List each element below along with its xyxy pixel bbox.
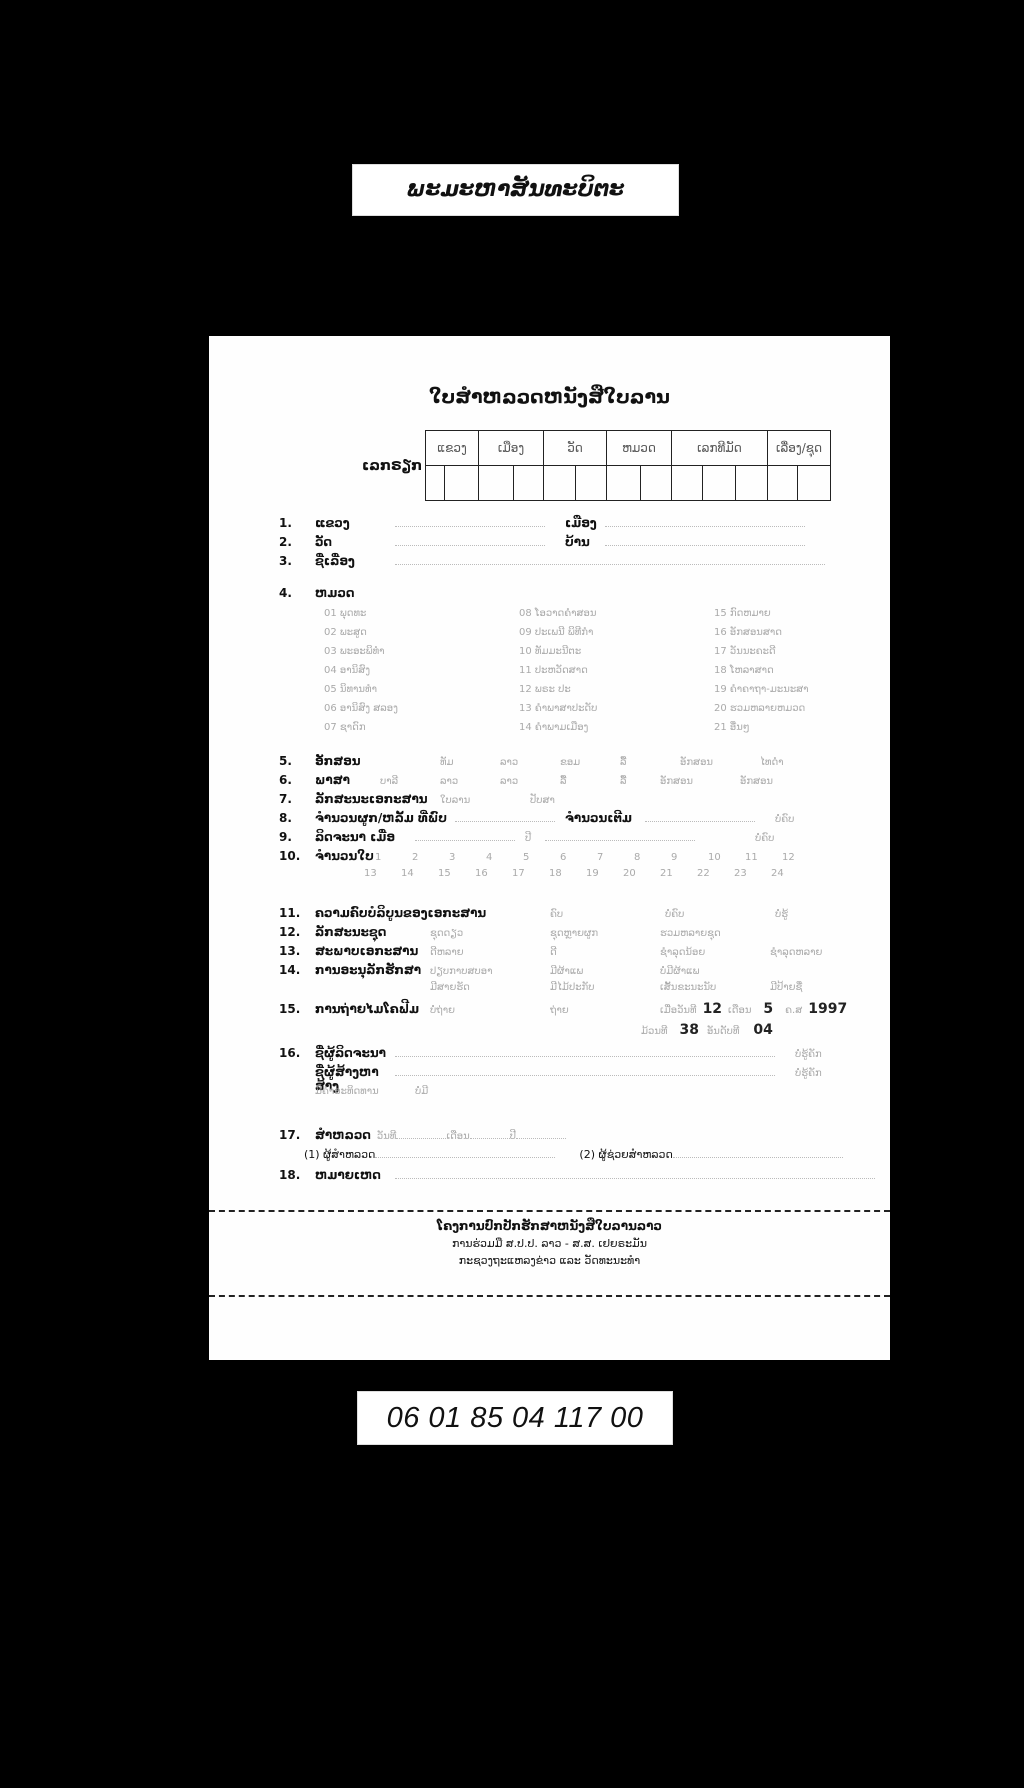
field-label: ການອະນຸລັກຮັກສາ <box>315 963 430 977</box>
written-date-input[interactable] <box>415 830 515 841</box>
field-num: 15. <box>279 1002 315 1016</box>
option[interactable]: ບໍ່ຄົບ <box>755 833 774 844</box>
reg-col-category: ຫມວດ <box>607 431 672 466</box>
field-num: 2. <box>279 535 315 549</box>
field-label: ບ້ານ <box>565 535 605 549</box>
field-remarks: 18. ຫມາຍເຫດ <box>279 1168 875 1182</box>
field-label: ຈຳນວນໃບ <box>315 849 375 863</box>
field-category: 4. ຫມວດ <box>279 586 354 600</box>
reg-cell[interactable] <box>641 466 672 501</box>
field-survey-date: 17. ສຳຫລວດ ວັນທີ ເດືອນ ປີ <box>279 1128 566 1142</box>
district-input[interactable] <box>605 516 805 527</box>
page-option[interactable]: 17 <box>512 868 549 879</box>
option[interactable]: ລາວ <box>500 757 560 768</box>
page-option[interactable]: 1 <box>375 852 412 863</box>
field-num: 6. <box>279 773 315 787</box>
page-option[interactable]: 22 <box>697 868 734 879</box>
page-option[interactable]: 12 <box>782 852 795 863</box>
reg-cell[interactable] <box>736 466 768 501</box>
field-title: 3. ຊື່ເລື່ອງ <box>279 554 825 568</box>
village-input[interactable] <box>605 535 805 546</box>
reg-cell[interactable] <box>607 466 641 501</box>
bundle-count-input[interactable] <box>455 811 555 822</box>
category-option[interactable]: 10 ທັມມະນີຕະ <box>519 646 581 657</box>
category-option[interactable]: 13 ຄຳພາສາປະດັບ <box>519 703 597 714</box>
category-option[interactable]: 15 ກົດຫມາຍ <box>714 608 771 619</box>
category-option[interactable]: 05 ນິທານທຳ <box>324 684 377 695</box>
option[interactable]: ໄທດຳ <box>760 757 784 768</box>
roll-value[interactable]: 38 <box>679 1022 698 1038</box>
frame-label: ອັນດັບທີ <box>707 1026 739 1037</box>
footer-line-2: ການຮ່ວມມື ສ.ປ.ປ. ລາວ - ສ.ສ. ເຢຍຣະມັນ <box>209 1237 890 1250</box>
field-label: ຈຳນວນເຕີມ <box>565 811 645 825</box>
page-option[interactable]: 4 <box>486 852 523 863</box>
written-year-input[interactable] <box>545 830 695 841</box>
option[interactable]: ມີຄຳອະທິດທານ <box>315 1086 415 1097</box>
option[interactable]: ທັມ <box>440 757 500 768</box>
reg-cell[interactable] <box>426 466 445 501</box>
reg-cell[interactable] <box>703 466 736 501</box>
field-preservation-row2: ມີສາຍຮັດ ມີໄມ້ປະກັບ ເສັ້ນຂະນະນັບ ມີປ້າຍຊ… <box>430 982 802 993</box>
option[interactable]: ຮວມຫລາຍຊຸດ <box>660 928 721 939</box>
divider <box>209 1210 890 1212</box>
reg-col-district: ເມືອງ <box>479 431 544 466</box>
page-option[interactable]: 7 <box>597 852 634 863</box>
page-option[interactable]: 23 <box>734 868 771 879</box>
field-num: 16. <box>279 1046 315 1060</box>
field-doc-type: 7. ລັກສະນະເອກະສານ ໃບລານ ປັບສາ <box>279 792 555 806</box>
field-num: 10. <box>279 849 315 863</box>
header-label: ພະມະຫາສັນທະບິຕະ <box>352 164 679 216</box>
option[interactable]: ດີ <box>550 947 660 958</box>
field-set-type: 12. ລັກສະນະຊຸດ ຊຸດດຽວ ຊຸດຫຼາຍຜູກ ຮວມຫລາຍ… <box>279 925 721 939</box>
field-label: ແຂວງ <box>315 516 395 530</box>
page-option[interactable]: 10 <box>708 852 745 863</box>
category-option[interactable]: 16 ອັກສອນສາດ <box>714 627 782 638</box>
category-option[interactable]: 18 ໂຫລາສາດ <box>714 665 774 676</box>
category-option[interactable]: 07 ຊາດົກ <box>324 722 366 733</box>
category-option[interactable]: 06 ອານິສົງ ສລອງ <box>324 703 398 714</box>
option[interactable]: ດີຫລາຍ <box>430 947 550 958</box>
field-label: ການຖ່າຍໄມໂຄຟີມ <box>315 1002 430 1016</box>
form-title: ໃບສຳຫລວດຫນັງສືໃບລານ <box>209 386 890 408</box>
year-label: ຄ.ສ <box>785 1005 802 1016</box>
field-script: 5. ອັກສອນ ທັມ ລາວ ຂອມ ລື້ ອັກສອນ ໄທດຳ <box>279 754 784 768</box>
reg-cell[interactable] <box>768 466 798 501</box>
field-temple: 2. ວັດ ບ້ານ <box>279 535 805 549</box>
reg-col-province: ແຂວງ <box>426 431 479 466</box>
assistant-label: (2) ຜູ້ຊ່ວຍສຳຫລວດ <box>579 1148 672 1161</box>
category-option[interactable]: 01 ພຸດທະ <box>324 608 366 619</box>
reg-col-bundle-no: ເລກທີມັດ <box>672 431 768 466</box>
field-num: 3. <box>279 554 315 568</box>
reg-no-table: ແຂວງ ເມືອງ ວັດ ຫມວດ ເລກທີມັດ ເລື່ອງ/ຊຸດ <box>425 430 831 501</box>
remarks-input[interactable] <box>395 1168 875 1179</box>
sponsor-input[interactable] <box>395 1065 775 1076</box>
category-option[interactable]: 02 ພະສູດ <box>324 627 367 638</box>
field-page-count-row2: 13 14 15 16 17 18 19 20 21 22 23 24 <box>364 868 784 879</box>
field-dedication: ມີຄຳອະທິດທານ ບໍ່ມີ <box>315 1086 428 1097</box>
option[interactable]: ລື້ <box>560 776 620 787</box>
field-label: ວັດ <box>315 535 395 549</box>
option[interactable]: ຊຳລຸດນ້ອຍ <box>660 947 770 958</box>
field-num: 8. <box>279 811 315 825</box>
added-count-input[interactable] <box>645 811 755 822</box>
page-option[interactable]: 5 <box>523 852 560 863</box>
field-microfilm-roll: ມ້ວນທີ 38 ອັນດັບທີ 04 <box>641 1022 773 1038</box>
option[interactable]: ບໍ່ຄົບ <box>665 909 775 920</box>
field-surveyors: (1) ຜູ້ສຳຫລວດ (2) ຜູ້ຊ່ວຍສຳຫລວດ <box>304 1147 843 1161</box>
field-written: 9. ລິດຈະນາ ເມື່ອ ປີ ບໍ່ຄົບ <box>279 830 774 844</box>
field-condition: 13. ສະພາບເອກະສານ ດີຫລາຍ ດີ ຊຳລຸດນ້ອຍ ຊຳລ… <box>279 944 822 958</box>
divider <box>209 1295 890 1297</box>
field-label: ຫມາຍເຫດ <box>315 1168 395 1182</box>
survey-day-input[interactable] <box>396 1128 446 1139</box>
field-label: ລັກສະນະເອກະສານ <box>315 792 440 806</box>
surveyor-label: (1) ຜູ້ສຳຫລວດ <box>304 1148 375 1161</box>
category-option[interactable]: 17 ວັນນະຄະດີ <box>714 646 776 657</box>
field-num: 14. <box>279 963 315 977</box>
field-scribe: 16. ຊື່ຜູ້ລິດຈະນາ ບໍ່ຮູ້ຄັກ <box>279 1046 822 1060</box>
month-label: ເດືອນ <box>446 1131 469 1142</box>
page-option[interactable]: 3 <box>449 852 486 863</box>
field-completeness: 11. ຄວາມຄົບບໍລິບູນຂອງເອກະສານ ຄົບ ບໍ່ຄົບ … <box>279 906 788 920</box>
page-option[interactable]: 21 <box>660 868 697 879</box>
field-label: ຄວາມຄົບບໍລິບູນຂອງເອກະສານ <box>315 906 550 920</box>
film-month-value[interactable]: 5 <box>763 1001 773 1017</box>
option[interactable]: ບາລີ <box>380 776 440 787</box>
field-num: 5. <box>279 754 315 768</box>
category-option[interactable]: 04 ອານິສົງ <box>324 665 370 676</box>
field-num: 17. <box>279 1128 315 1142</box>
field-bundle-count: 8. ຈຳນວນຜູກ/ຫລັ້ມ ທີ່ພົບ ຈຳນວນເຕີມ ບໍ່ຄົ… <box>279 811 794 825</box>
title-input[interactable] <box>395 554 825 565</box>
page-option[interactable]: 16 <box>475 868 512 879</box>
reg-cell[interactable] <box>514 466 544 501</box>
field-label: ພາສາ <box>315 773 380 787</box>
day-label: ວັນທີ <box>377 1131 396 1142</box>
field-label: ເມືອງ <box>565 516 605 530</box>
option[interactable]: ຖ່າຍ <box>550 1005 660 1016</box>
roll-label: ມ້ວນທີ <box>641 1026 667 1037</box>
temple-input[interactable] <box>395 535 545 546</box>
page-option[interactable]: 2 <box>412 852 449 863</box>
category-option[interactable]: 20 ຮວມຫລາຍຫມວດ <box>714 703 805 714</box>
option[interactable]: ບໍ່ຖ່າຍ <box>430 1005 550 1016</box>
survey-year-input[interactable] <box>516 1128 566 1139</box>
option[interactable]: ລື້ <box>620 776 660 787</box>
category-option[interactable]: 19 ຄຳຄາຖາ-ມະນະສາ <box>714 684 809 695</box>
page-option[interactable]: 19 <box>586 868 623 879</box>
field-num: 18. <box>279 1168 315 1182</box>
option[interactable]: ບໍ່ຄົບ <box>775 814 794 825</box>
page-option[interactable]: 8 <box>634 852 671 863</box>
field-label: ສຳຫລວດ <box>315 1128 371 1142</box>
reg-cell[interactable] <box>479 466 514 501</box>
option[interactable]: ບໍ່ຮູ້ຄັກ <box>795 1068 822 1079</box>
film-number-label: 06 01 85 04 117 00 <box>357 1391 673 1445</box>
survey-form-page: ໃບສຳຫລວດຫນັງສືໃບລານ ເລກຣຽກ ແຂວງ ເມືອງ ວັ… <box>209 336 890 1360</box>
reg-cell[interactable] <box>576 466 607 501</box>
assistant-input[interactable] <box>673 1147 843 1158</box>
reg-cell[interactable] <box>445 466 479 501</box>
field-language: 6. ພາສາ ບາລີ ລາວ ລາວ ລື້ ລື້ ອັກສອນ ອັກສ… <box>279 773 773 787</box>
reg-col-story: ເລື່ອງ/ຊຸດ <box>768 431 831 466</box>
page-option[interactable]: 9 <box>671 852 708 863</box>
option[interactable]: ມີປ້າຍຊື່ <box>770 982 802 993</box>
page-option[interactable]: 15 <box>438 868 475 879</box>
field-label: ຊື່ຜູ້ລິດຈະນາ <box>315 1046 395 1060</box>
page-option[interactable]: 20 <box>623 868 660 879</box>
option[interactable]: ລາວ <box>440 776 500 787</box>
category-option[interactable]: 21 ອື່ນໆ <box>714 722 750 733</box>
page-option[interactable]: 24 <box>771 868 784 879</box>
option[interactable]: ອັກສອນ <box>740 776 773 787</box>
film-year-value[interactable]: 1997 <box>808 1001 847 1017</box>
field-label: ສະພາບເອກະສານ <box>315 944 430 958</box>
field-num: 11. <box>279 906 315 920</box>
page-option[interactable]: 14 <box>401 868 438 879</box>
field-num: 13. <box>279 944 315 958</box>
category-option[interactable]: 14 ຄຳພາມເມືອງ <box>519 722 588 733</box>
option[interactable]: ບໍ່ມີ <box>415 1086 428 1097</box>
footer-line-1: ໂຄງການປົກປັກຮັກສາຫນັງສືໃບລານລາວ <box>209 1219 890 1233</box>
year-label: ປີ <box>525 833 545 844</box>
survey-month-input[interactable] <box>470 1128 510 1139</box>
reg-cell[interactable] <box>544 466 576 501</box>
frame-value[interactable]: 04 <box>753 1022 772 1038</box>
field-label: ລັກສະນະຊຸດ <box>315 925 430 939</box>
field-num: 9. <box>279 830 315 844</box>
option[interactable]: ອັກສອນ <box>660 776 740 787</box>
page-option[interactable]: 11 <box>745 852 782 863</box>
field-province: 1. ແຂວງ ເມືອງ <box>279 516 805 530</box>
option[interactable]: ມີໄມ້ປະກັບ <box>550 982 660 993</box>
option[interactable]: ບໍ່ຮູ້ຄັກ <box>795 1049 822 1060</box>
reg-no-label: ເລກຣຽກ <box>362 458 422 474</box>
option[interactable]: ໃບລານ <box>440 795 530 806</box>
field-label: ຊື່ເລື່ອງ <box>315 554 395 568</box>
field-label: ຈຳນວນຜູກ/ຫລັ້ມ ທີ່ພົບ <box>315 811 455 825</box>
option[interactable]: ລາວ <box>500 776 560 787</box>
option[interactable]: ມີສາຍຮັດ <box>430 982 550 993</box>
field-preservation: 14. ການອະນຸລັກຮັກສາ ປຽບກາບສບອາ ມີຜ້າແພ ບ… <box>279 963 700 977</box>
option[interactable]: ເສັ້ນຂະນະນັບ <box>660 982 770 993</box>
option[interactable]: ຊຸດດຽວ <box>430 928 550 939</box>
option[interactable]: ປຽບກາບສບອາ <box>430 966 550 977</box>
option[interactable]: ປັບສາ <box>530 795 555 806</box>
option[interactable]: ມີຜ້າແພ <box>550 966 660 977</box>
field-num: 1. <box>279 516 315 530</box>
date-label: ເມື່ອວັນທີ <box>660 1005 697 1016</box>
footer-line-3: ກະຊວງຖະແຫລງຂ່າວ ແລະ ວັດທະນະທຳ <box>209 1254 890 1267</box>
page-option[interactable]: 18 <box>549 868 586 879</box>
reg-col-temple: ວັດ <box>544 431 607 466</box>
option[interactable]: ບໍ່ມີຜ້າແພ <box>660 966 700 977</box>
month-label: ເດືອນ <box>728 1005 751 1016</box>
province-input[interactable] <box>395 516 545 527</box>
category-option[interactable]: 11 ປະຫວັດສາດ <box>519 665 588 676</box>
field-label: ອັກສອນ <box>315 754 440 768</box>
scribe-input[interactable] <box>395 1046 775 1057</box>
page-option[interactable]: 6 <box>560 852 597 863</box>
field-page-count: 10. ຈຳນວນໃບ 1 2 3 4 5 6 7 8 9 10 11 12 <box>279 849 795 863</box>
option[interactable]: ລື້ <box>620 757 680 768</box>
reg-cell[interactable] <box>798 466 831 501</box>
option[interactable]: ອັກສອນ <box>680 757 760 768</box>
field-num: 4. <box>279 586 315 600</box>
surveyor-input[interactable] <box>375 1147 555 1158</box>
field-num: 7. <box>279 792 315 806</box>
category-option[interactable]: 09 ປະເພນີ ພິທີກຳ <box>519 627 593 638</box>
option[interactable]: ບໍ່ຮູ້ <box>775 909 788 920</box>
reg-cell[interactable] <box>672 466 703 501</box>
option[interactable]: ຄົບ <box>550 909 665 920</box>
category-option[interactable]: 12 ພຣະ ປະ <box>519 684 571 695</box>
field-label: ລິດຈະນາ ເມື່ອ <box>315 830 415 844</box>
category-option[interactable]: 03 ພະອະພິທຳ <box>324 646 385 657</box>
option[interactable]: ຊຳລຸດຫລາຍ <box>770 947 822 958</box>
field-label: ຫມວດ <box>315 586 354 600</box>
field-microfilm: 15. ການຖ່າຍໄມໂຄຟີມ ບໍ່ຖ່າຍ ຖ່າຍ ເມື່ອວັນ… <box>279 1001 847 1017</box>
field-num: 12. <box>279 925 315 939</box>
page-option[interactable]: 13 <box>364 868 401 879</box>
film-day-value[interactable]: 12 <box>703 1001 722 1017</box>
category-option[interactable]: 08 ໂອວາດຄຳສອນ <box>519 608 596 619</box>
option[interactable]: ຊຸດຫຼາຍຜູກ <box>550 928 660 939</box>
option[interactable]: ຂອມ <box>560 757 620 768</box>
